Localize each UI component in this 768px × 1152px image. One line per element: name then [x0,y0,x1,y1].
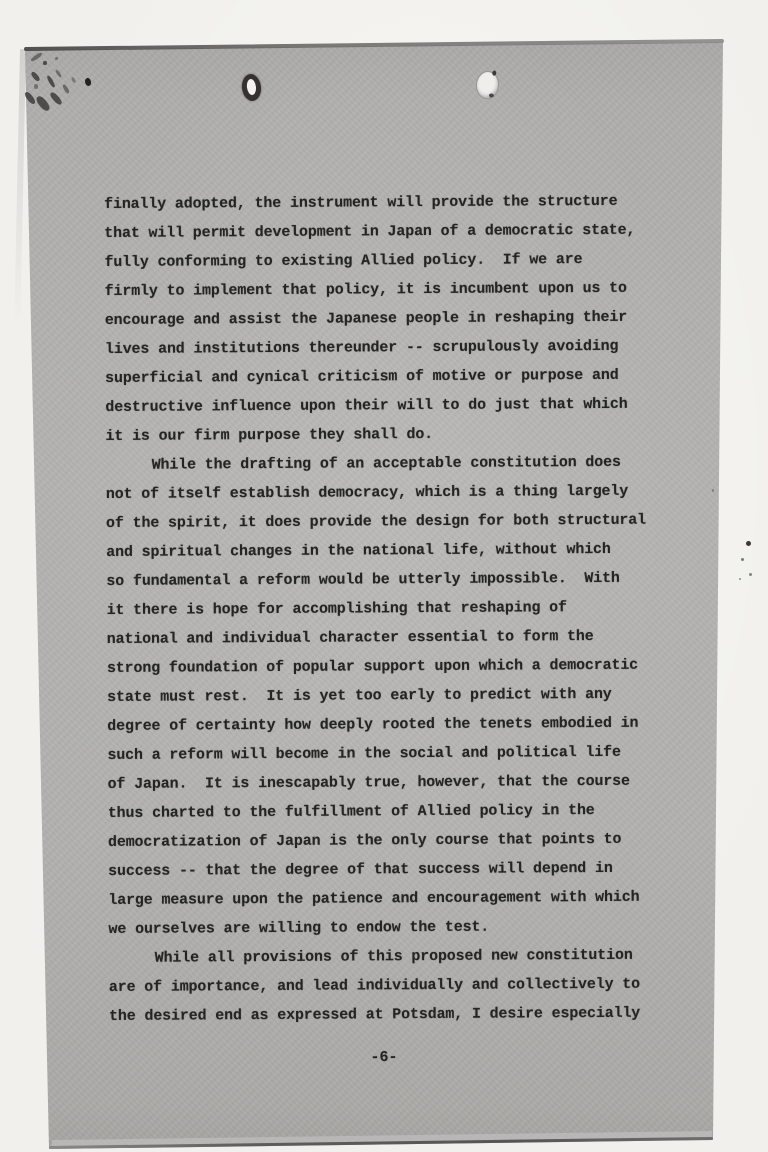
text-line: fully conforming to existing Allied poli… [104,245,664,277]
text-line: of Japan. It is inescapably true, howeve… [108,767,668,799]
text-line: superficial and cynical criticism of mot… [105,361,665,393]
smudge-mark [43,61,47,65]
text-line: While all provisions of this proposed ne… [109,941,669,973]
ink-smudge [24,48,108,126]
paragraph: finally adopted, the instrument will pro… [104,187,666,451]
margin-speck [741,558,744,561]
text-line: that will permit development in Japan of… [104,216,664,248]
smudge-mark [71,77,77,84]
text-line: lives and institutions thereunder -- scr… [105,332,665,364]
text-line: not of itself establish democracy, which… [106,477,666,509]
text-line: finally adopted, the instrument will pro… [104,187,664,219]
text-line: and spiritual changes in the national li… [106,535,666,567]
document-text: finally adopted, the instrument will pro… [104,187,669,1031]
text-line: we ourselves are willing to endow the te… [108,912,668,944]
text-line: large measure upon the patience and enco… [108,883,668,915]
margin-speck [712,489,714,492]
paragraph: While all provisions of this proposed ne… [109,941,670,1031]
smudge-mark [30,52,43,63]
smudge-mark [23,91,36,106]
smudge-mark [55,57,58,60]
text-line: success -- that the degree of that succe… [108,854,668,886]
text-line: encourage and assist the Japanese people… [105,303,665,335]
text-line: such a reform will become in the social … [107,738,667,770]
text-line: national and individual character essent… [107,622,667,654]
scanned-document: finally adopted, the instrument will pro… [0,0,768,1152]
margin-speck [739,578,741,580]
smudge-mark [55,69,63,78]
text-line: so fundamental a reform would be utterly… [106,564,666,596]
smudge-mark [49,91,63,106]
text-line: democratization of Japan is the only cou… [108,825,668,857]
smudge-mark [30,71,41,83]
text-line: of the spirit, it does provide the desig… [106,506,666,538]
smudge-mark [34,94,51,112]
paragraph: While the drafting of an acceptable cons… [106,448,669,944]
text-line: state must rest. It is yet too early to … [107,680,667,712]
text-line: it there is hope for accomplishing that … [106,593,666,625]
text-line: the desired end as expressed at Potsdam,… [109,999,669,1031]
margin-speck [749,573,752,576]
text-line: While the drafting of an acceptable cons… [106,448,666,480]
text-line: strong foundation of popular support upo… [107,651,667,683]
page-number: -6- [104,1041,664,1073]
text-line: it is our firm purpose they shall do. [105,419,665,451]
text-line: degree of certainty how deeply rooted th… [107,709,667,741]
text-line: thus charted to the fulfillment of Allie… [108,796,668,828]
smudge-mark [46,75,56,88]
text-line: firmly to implement that policy, it is i… [105,274,665,306]
text-line: destructive influence upon their will to… [105,390,665,422]
smudge-mark [62,84,70,95]
margin-speck [746,541,751,546]
smudge-mark [34,84,38,89]
text-line: are of importance, and lead individually… [109,970,669,1002]
